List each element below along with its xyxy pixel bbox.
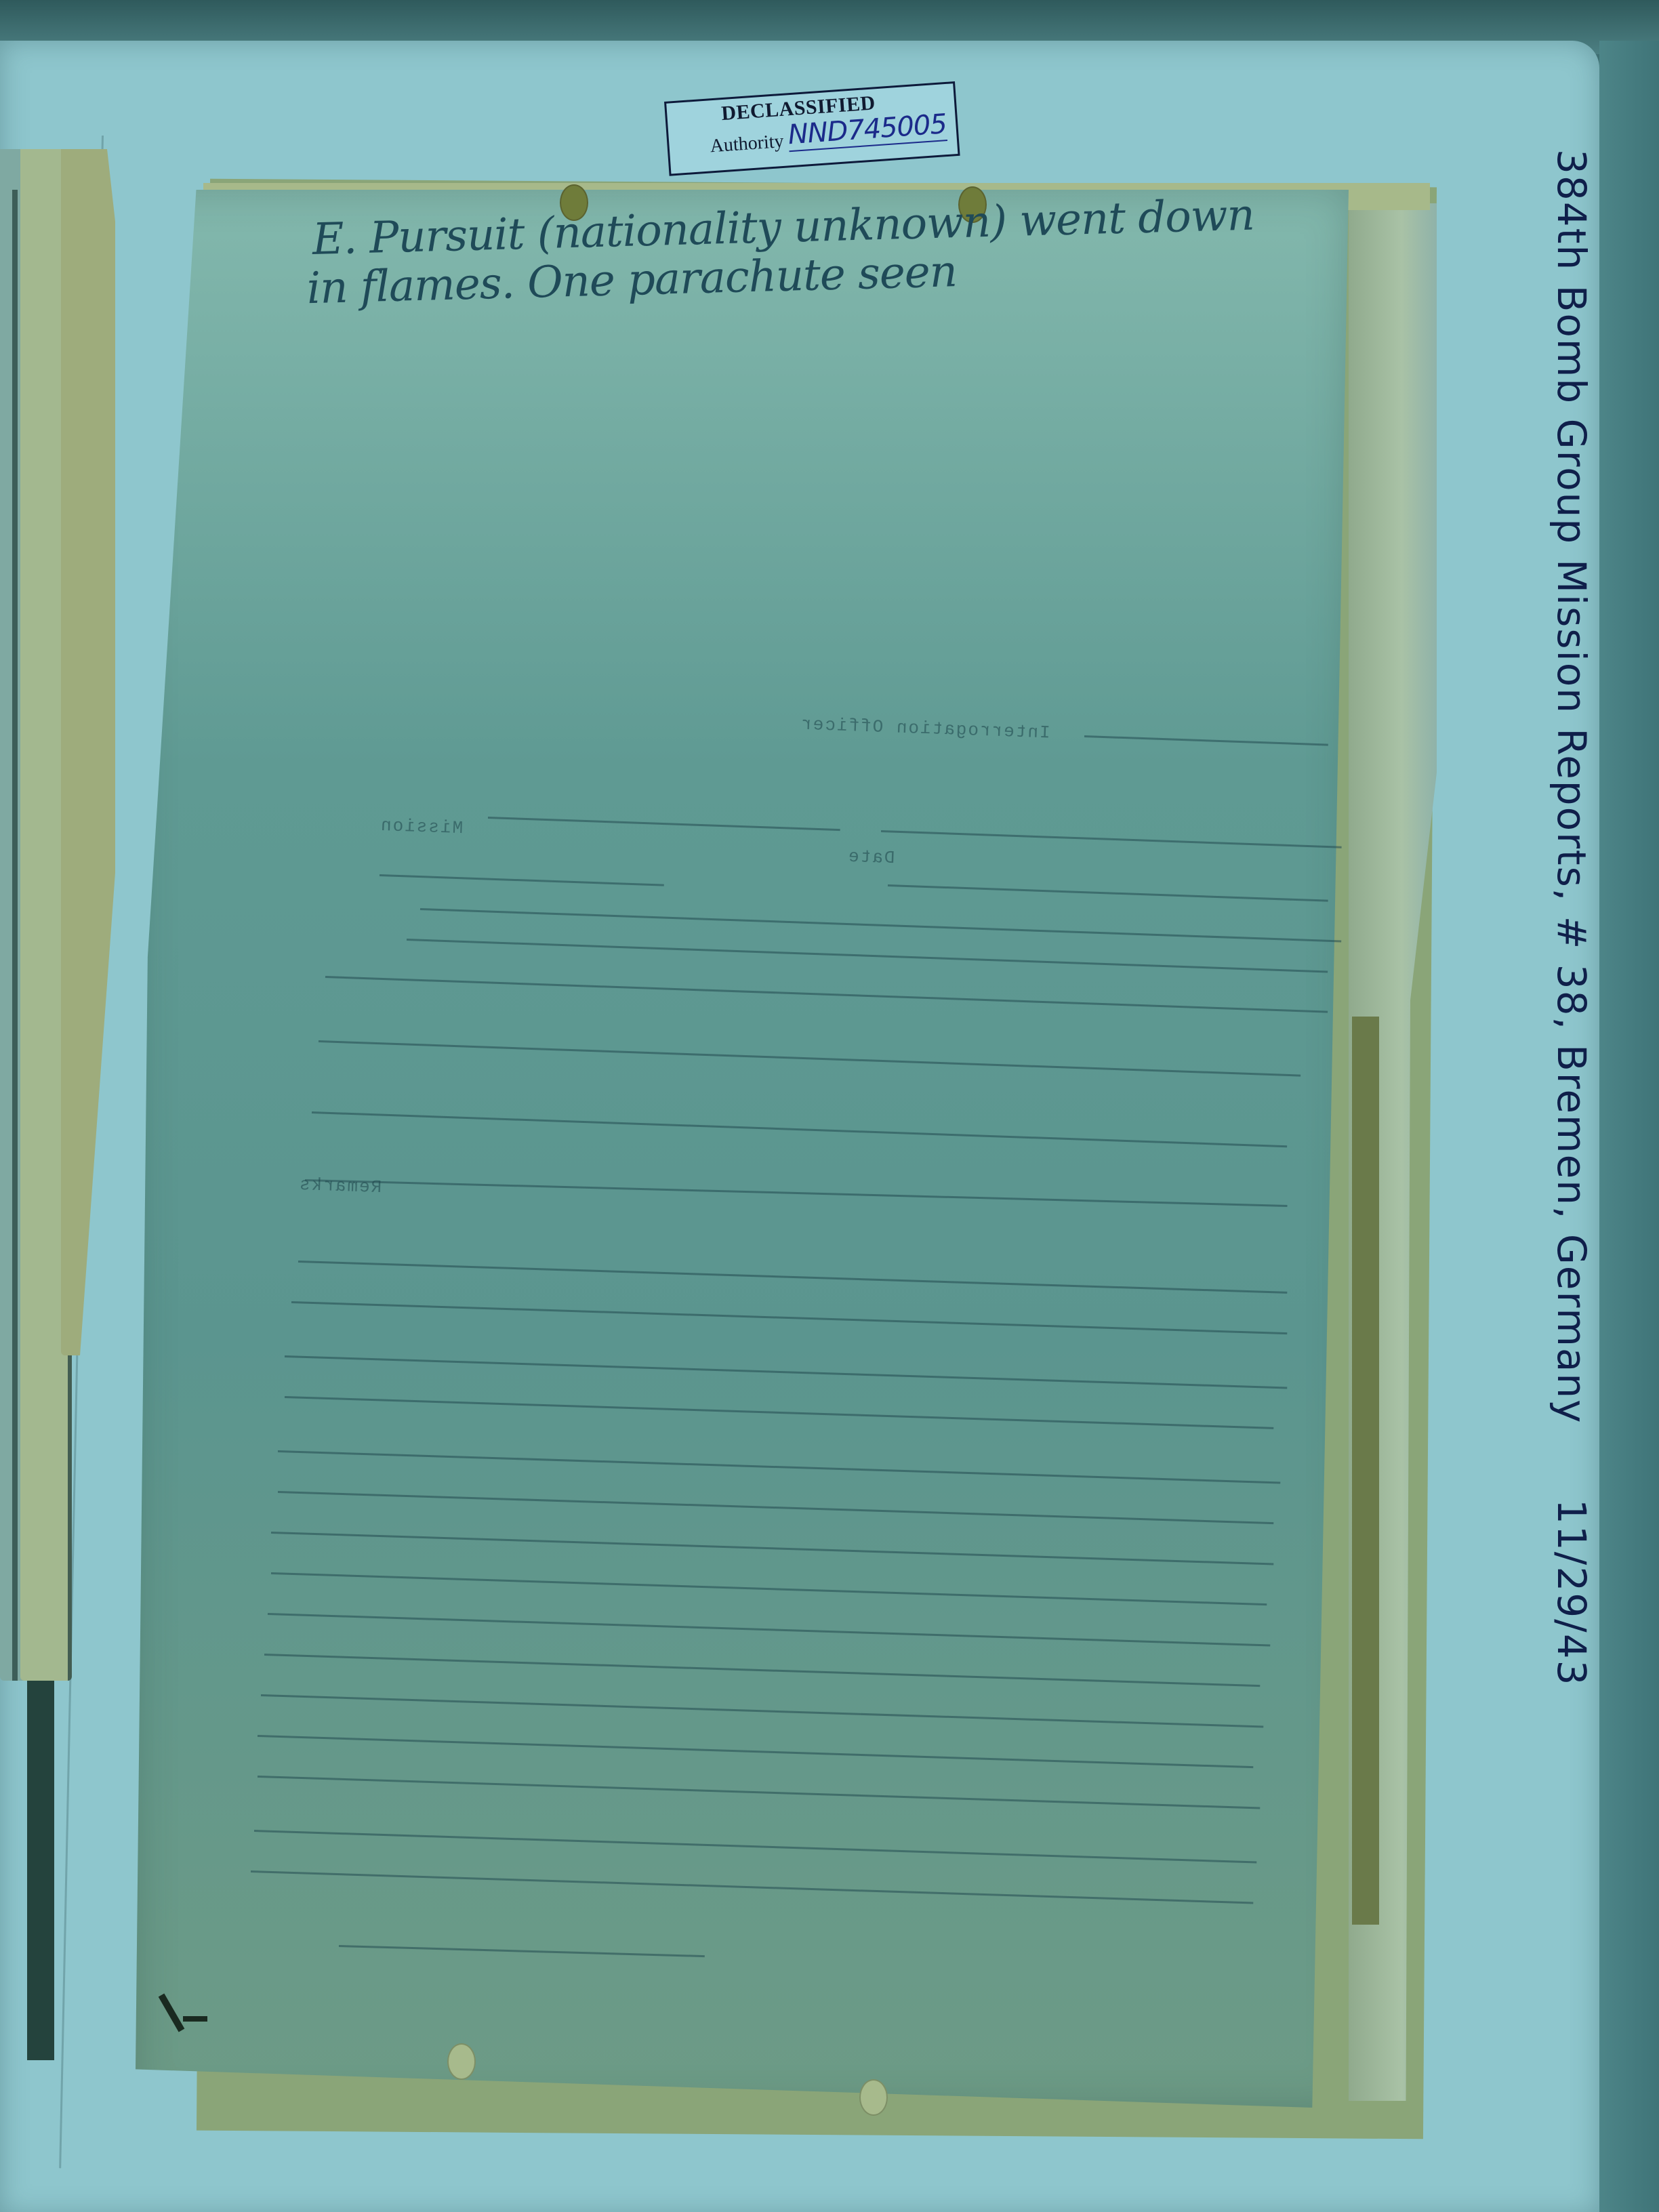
folder-label-target: Bremen, Germany — [1552, 1044, 1591, 1424]
stack-sheet-folded — [61, 149, 115, 1355]
stack-edge — [12, 190, 18, 1681]
ink-mark — [183, 2016, 207, 2022]
stamp-authority-label: Authority — [710, 131, 785, 158]
folder-label-unit: 384th Bomb Group — [1552, 149, 1591, 545]
faint-form-text: Mission — [380, 815, 464, 838]
underlying-sheet-shadow — [1352, 1017, 1379, 1925]
stack-shadow — [27, 1681, 54, 2060]
folder-edge-shadow — [1599, 41, 1659, 2212]
punch-hole — [447, 2043, 476, 2080]
folder-label-series: Mission Reports, # 38, — [1552, 559, 1591, 1031]
left-document-stack — [0, 149, 136, 2047]
punch-hole — [859, 2079, 888, 2116]
faint-form-text: Remarks — [298, 1174, 382, 1197]
faint-form-text: Date — [846, 846, 895, 868]
folder-spine-label: 384th Bomb Group Mission Reports, # 38, … — [1552, 149, 1591, 1687]
mission-report-form-page — [136, 190, 1349, 2108]
folder-label-date: 11/29/43 — [1552, 1499, 1591, 1687]
